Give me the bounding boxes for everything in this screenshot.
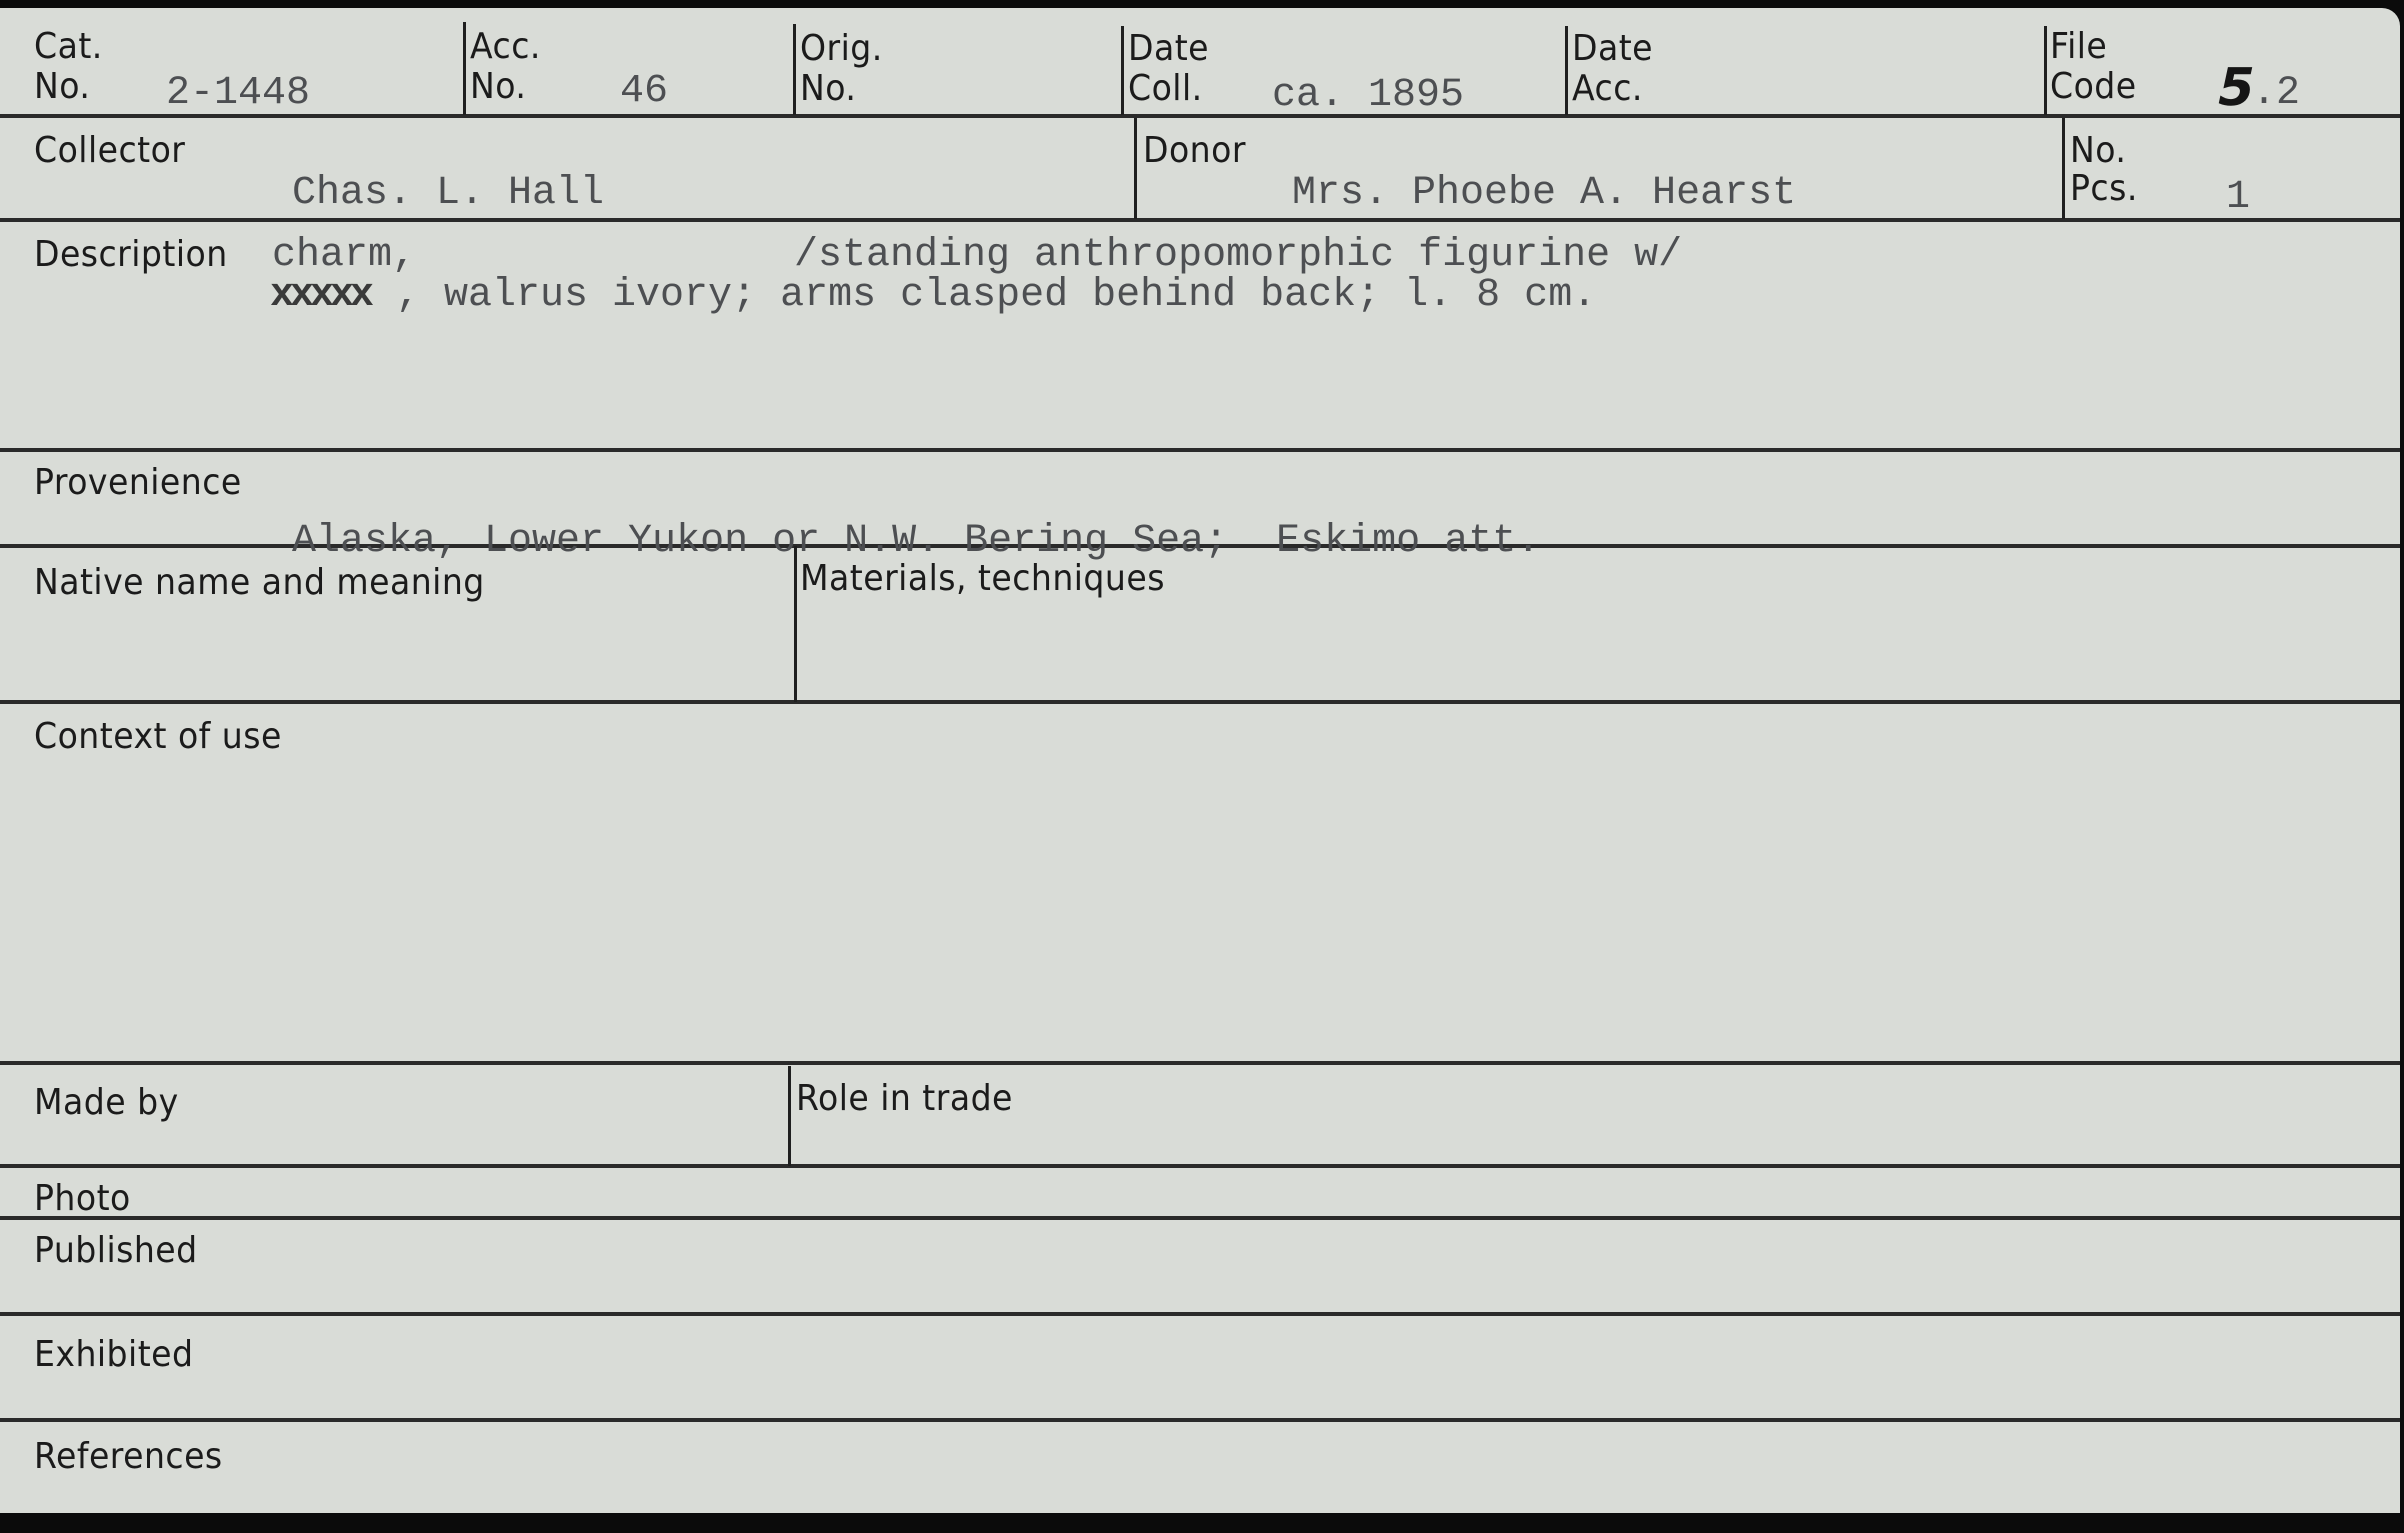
divider-acc-orig xyxy=(793,24,796,115)
divider-dateacc-filecode xyxy=(2044,26,2047,115)
file-code-label-1: File xyxy=(2050,28,2107,66)
orig-label-1: Orig. xyxy=(800,30,883,68)
no-pcs-label-1: No. xyxy=(2070,132,2126,170)
cat-label-1: Cat. xyxy=(34,28,103,66)
description-line1-a: charm, xyxy=(272,236,416,276)
rule-photo xyxy=(0,1216,2400,1220)
divider-cat-acc xyxy=(463,22,466,115)
date-coll-label-1: Date xyxy=(1128,30,1209,68)
rule-native-name xyxy=(0,700,2400,704)
divider-collector-donor xyxy=(1134,118,1137,219)
catalog-card: Cat. No. 2-1448 Acc. No. 46 Orig. No. Da… xyxy=(0,8,2400,1513)
materials-label: Materials, techniques xyxy=(800,560,1165,598)
divider-donor-pcs xyxy=(2062,118,2065,219)
cat-no-value: 2-1448 xyxy=(166,74,310,114)
provenience-label: Provenience xyxy=(34,464,242,502)
no-pcs-value: 1 xyxy=(2226,178,2250,218)
file-code-label-2: Code xyxy=(2050,68,2137,106)
description-label: Description xyxy=(34,236,228,274)
date-coll-value: ca. 1895 xyxy=(1272,76,1464,116)
rule-published xyxy=(0,1312,2400,1316)
date-acc-label-1: Date xyxy=(1572,30,1653,68)
role-in-trade-label: Role in trade xyxy=(796,1080,1013,1118)
description-line1-b: /standing anthropomorphic figurine w/ xyxy=(794,236,1682,276)
no-pcs-label-2: Pcs. xyxy=(2070,170,2138,208)
photo-label: Photo xyxy=(34,1180,131,1218)
collector-label: Collector xyxy=(34,132,185,170)
published-label: Published xyxy=(34,1232,198,1270)
acc-label-2: No. xyxy=(470,68,526,106)
divider-native-materials xyxy=(794,546,797,702)
native-name-label: Native name and meaning xyxy=(34,564,485,602)
acc-label-1: Acc. xyxy=(470,28,541,66)
donor-value: Mrs. Phoebe A. Hearst xyxy=(1292,174,1796,214)
cat-label-2: No. xyxy=(34,68,90,106)
rule-made-by xyxy=(0,1164,2400,1168)
rule-top-row xyxy=(0,114,2400,118)
references-label: References xyxy=(34,1438,223,1476)
rule-exhibited xyxy=(0,1418,2400,1422)
rule-context xyxy=(0,1061,2400,1065)
date-acc-label-2: Acc. xyxy=(1572,70,1643,108)
divider-datecoll-dateacc xyxy=(1565,26,1568,115)
description-line2: , walrus ivory; arms clasped behind back… xyxy=(396,276,1596,316)
description-struck-text: xxxxx xyxy=(270,276,370,316)
acc-no-value: 46 xyxy=(620,72,668,112)
context-of-use-label: Context of use xyxy=(34,718,282,756)
divider-orig-datecoll xyxy=(1121,26,1124,115)
collector-value: Chas. L. Hall xyxy=(292,174,604,214)
rule-description xyxy=(0,448,2400,452)
divider-madeby-role xyxy=(788,1066,791,1166)
file-code-typed: .2 xyxy=(2252,74,2300,114)
donor-label: Donor xyxy=(1143,132,1246,170)
made-by-label: Made by xyxy=(34,1084,179,1122)
provenience-value: Alaska, Lower Yukon or N.W. Bering Sea; … xyxy=(292,522,1540,562)
date-coll-label-2: Coll. xyxy=(1128,70,1203,108)
exhibited-label: Exhibited xyxy=(34,1336,193,1374)
rule-collector-row xyxy=(0,218,2400,222)
orig-label-2: No. xyxy=(800,70,856,108)
